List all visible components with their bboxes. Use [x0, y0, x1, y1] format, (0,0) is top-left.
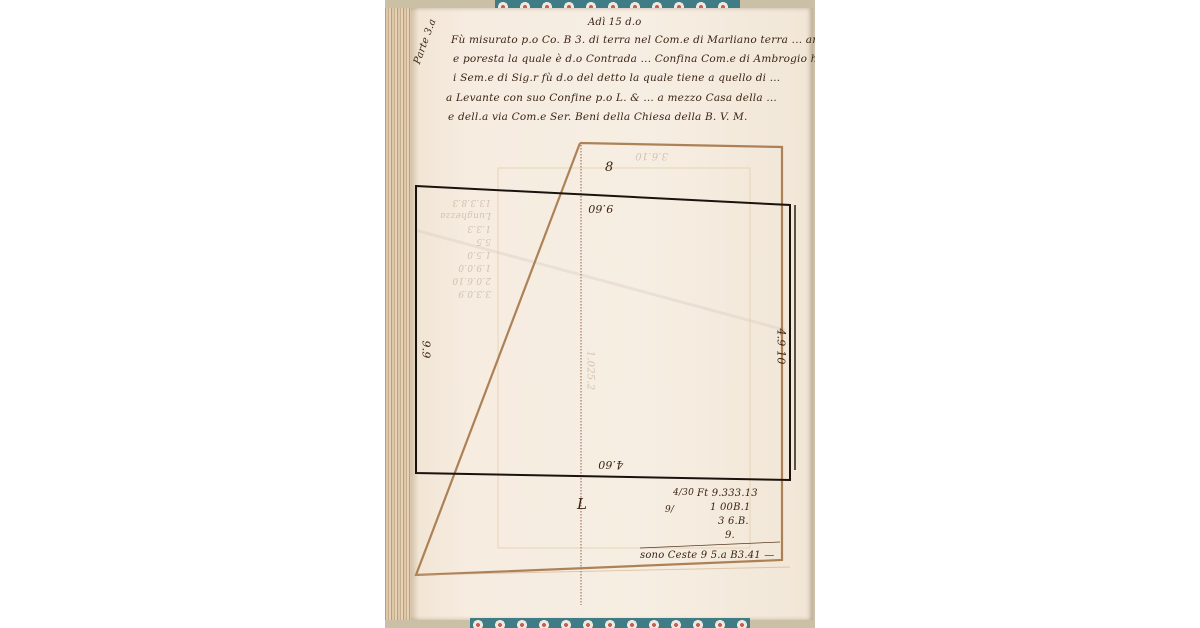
- bleed-through-notes: 3.3.0.9 2.0.6.10 1.9.0.0 1.5.0 5.5 1.3.3…: [421, 195, 491, 299]
- measure-top-mark: 8: [605, 160, 613, 175]
- calc-fraction: 4/30: [673, 488, 694, 498]
- calc-line-4: 9.: [725, 530, 735, 541]
- measure-left-side: 9.9: [420, 340, 433, 358]
- text-line-5: e dell.a via Com.e Ser. Beni della Chies…: [448, 111, 748, 123]
- text-line-4: a Levante con suo Confine p.o L. & ... a…: [446, 92, 777, 104]
- calc-line-3: 3 6.B.: [718, 516, 749, 527]
- measure-right-side: 4.9 10: [775, 328, 788, 364]
- heading-date: Adì 15 d.o: [588, 17, 642, 28]
- measure-center-faint: 1.025.2: [584, 351, 595, 391]
- measure-top-brown: 3.6.10: [635, 150, 668, 161]
- calc-fraction-2: 9/: [665, 505, 674, 515]
- calc-result: sono Ceste 9 5.a B3.41 —: [640, 550, 774, 561]
- calc-line-2: 1 00B.1: [710, 502, 751, 513]
- manuscript-scan: Parte 3.a Adì 15 d.o Fù misurato p.o Co.…: [385, 0, 815, 628]
- text-line-3: i Sem.e di Sig.r fù d.o del detto la qua…: [453, 72, 780, 84]
- measure-bottom-black: 4.60: [598, 458, 623, 471]
- text-line-2: e poresta la quale è d.o Contrada ... Co…: [453, 53, 815, 65]
- measure-top-black: 9.60: [588, 202, 613, 215]
- text-line-1: Fù misurato p.o Co. B 3. di terra nel Co…: [451, 34, 815, 46]
- measure-bottom-mark: L: [577, 495, 587, 513]
- calc-line-1: Ft 9.333.13: [697, 488, 758, 499]
